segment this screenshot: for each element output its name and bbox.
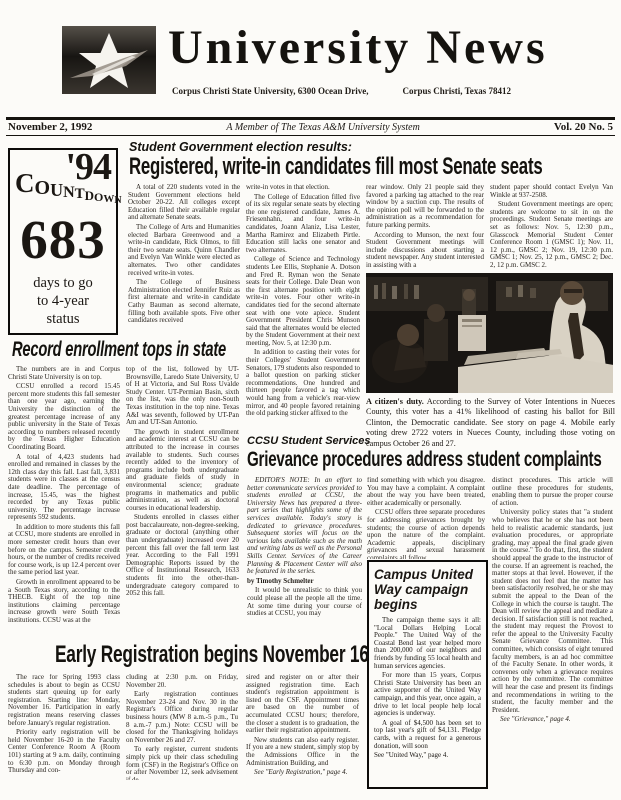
newspaper-front-page: University News Corpus Christi State Uni… xyxy=(0,0,621,800)
address-right: Corpus Christi, Texas 78412 xyxy=(402,87,511,96)
paragraph: The campaign theme says it all: "Local D… xyxy=(374,617,481,670)
earlyreg-column-2: cluding at 2:30 p.m. on Friday, November… xyxy=(126,674,238,780)
earlyreg-jump-line: See "Early Registration," page 4. xyxy=(246,769,359,777)
paragraph: Students enrolled in classes either post… xyxy=(126,514,239,598)
address-left: Corpus Christi State University, 6300 Oc… xyxy=(172,87,368,96)
letter: T xyxy=(75,186,85,202)
election-kicker: Student Government election results: xyxy=(129,141,352,154)
united-way-body: The campaign theme says it all: "Local D… xyxy=(374,617,481,750)
united-way-headline: Campus United Way campaign begins xyxy=(374,567,481,612)
paragraph: According to Munson, the next four Stude… xyxy=(366,232,484,270)
paragraph: To early register, current students simp… xyxy=(126,746,238,780)
grievance-headline: Grievance procedures address student com… xyxy=(247,448,602,472)
paragraph: distinct procedures. This article will o… xyxy=(492,477,613,507)
united-way-box: Campus United Way campaign begins The ca… xyxy=(367,560,488,789)
paragraph: A total of 220 students voted in the Stu… xyxy=(128,184,240,222)
paragraph: Priority early registration will be held… xyxy=(8,729,120,775)
paragraph: A goal of $4,500 has been set to top las… xyxy=(374,720,481,750)
earlyreg-column-3-body: sired and register on or after their ass… xyxy=(246,674,359,767)
paragraph: Student Government meetings are open; st… xyxy=(490,201,613,269)
grievance-column-3: distinct procedures. This article will o… xyxy=(492,477,613,792)
grievance-column-2: find something with which you disagree. … xyxy=(367,477,485,559)
paragraph: In addition to casting their votes for t… xyxy=(246,349,360,417)
grievance-column-1-body: It would be unrealistic to think you cou… xyxy=(247,587,362,617)
letter: W xyxy=(103,193,114,205)
countdown-word: COUNTDOWN xyxy=(15,168,122,199)
paragraph: The growth in student enrollment and aca… xyxy=(126,429,239,513)
letter: U xyxy=(50,180,63,200)
paragraph: New students can also early register. If… xyxy=(246,737,359,767)
grievance-kicker: CCSU Student Services xyxy=(247,436,370,447)
paragraph: A total of 4,423 students had enrolled a… xyxy=(8,454,120,522)
election-column-4: student paper should contact Evelyn Van … xyxy=(490,184,613,270)
grievance-column-3-body: distinct procedures. This article will o… xyxy=(492,477,613,714)
paragraph: The College of Education filled five of … xyxy=(246,194,360,255)
paragraph: rear window. Only 21 people said they fa… xyxy=(366,184,484,230)
paragraph: student paper should contact Evelyn Van … xyxy=(490,184,613,199)
countdown-caption-line: to 4-year xyxy=(10,292,116,310)
paragraph: The College of Arts and Humanities elect… xyxy=(128,224,240,277)
election-column-2: write-in votes in that election.The Coll… xyxy=(246,184,360,434)
enrollment-headline: Record enrollment tops in state xyxy=(12,338,226,362)
paragraph: The race for Spring 1993 class schedules… xyxy=(8,674,120,727)
polling-place-photo xyxy=(366,273,613,393)
paragraph: College of Science and Technology studen… xyxy=(246,256,360,347)
enrollment-column-2: top of the list, followed by UT-Brownsvi… xyxy=(126,366,239,614)
paragraph: EDITOR'S NOTE: In an effort to better co… xyxy=(247,477,362,576)
letter: O xyxy=(35,177,51,199)
editors-note: EDITOR'S NOTE: In an effort to better co… xyxy=(247,477,362,576)
earlyreg-column-3: sired and register on or after their ass… xyxy=(246,674,359,780)
dateline-bar: November 2, 1992 A Member of The Texas A… xyxy=(6,117,615,136)
paragraph: The numbers are in and Corpus Christi St… xyxy=(8,366,120,381)
caption-lead: A citizen's duty. xyxy=(366,397,424,406)
countdown-box: '94 COUNTDOWN 683 days to go to 4-year s… xyxy=(8,148,118,335)
letter: N xyxy=(63,184,75,201)
paragraph: sired and register on or after their ass… xyxy=(246,674,359,735)
star-logo xyxy=(62,26,156,94)
earlyreg-headline: Early Registration begins November 16 xyxy=(55,641,369,669)
star-logo-graphic xyxy=(62,26,156,94)
paragraph: top of the list, followed by UT-Brownsvi… xyxy=(126,366,239,427)
paragraph: CCSU offers three separate procedures fo… xyxy=(367,509,485,559)
election-headline: Registered, write-in candidates fill mos… xyxy=(129,153,542,181)
paragraph: CCSU enrolled a record 15.45 percent mor… xyxy=(8,383,120,451)
letter: C xyxy=(15,168,35,198)
paragraph: find something with which you disagree. … xyxy=(367,477,485,507)
united-way-jump-line: See "United Way," page 4. xyxy=(374,752,481,760)
byline: by Timothy Schmelter xyxy=(247,578,362,586)
earlyreg-column-1: The race for Spring 1993 class schedules… xyxy=(8,674,120,780)
countdown-caption: days to go to 4-year status xyxy=(10,274,116,328)
letter: N xyxy=(114,195,121,206)
address-line: Corpus Christi State University, 6300 Oc… xyxy=(172,87,612,96)
letter: O xyxy=(94,190,103,204)
election-column-1: A total of 220 students voted in the Stu… xyxy=(128,184,240,334)
grievance-jump-line: See "Grievance," page 4. xyxy=(492,716,613,724)
paper-title: University News xyxy=(168,24,614,72)
countdown-number: 683 xyxy=(10,212,116,267)
grievance-column-1: EDITOR'S NOTE: In an effort to better co… xyxy=(247,477,362,637)
election-column-3: rear window. Only 21 people said they fa… xyxy=(366,184,484,270)
countdown-caption-line: days to go xyxy=(10,274,116,292)
paragraph: For more than 15 years, Corpus Christi S… xyxy=(374,672,481,718)
enrollment-column-1: The numbers are in and Corpus Christi St… xyxy=(8,366,120,638)
letter: D xyxy=(85,188,94,203)
paragraph: The College of Business Administration e… xyxy=(128,279,240,325)
paragraph: In addition to more students this fall a… xyxy=(8,524,120,577)
issue-date: November 2, 1992 xyxy=(8,122,92,133)
paragraph: cluding at 2:30 p.m. on Friday, November… xyxy=(126,674,238,689)
countdown-caption-line: status xyxy=(10,310,116,328)
paragraph: It would be unrealistic to think you cou… xyxy=(247,587,362,617)
paragraph: Growth in enrollment appeared to be a So… xyxy=(8,579,120,625)
paragraph: write-in votes in that election. xyxy=(246,184,360,192)
paragraph: Early registration continues November 23… xyxy=(126,691,238,744)
volume-number: Vol. 20 No. 5 xyxy=(554,122,613,133)
photo-caption: A citizen's duty. According to the Surve… xyxy=(366,397,615,452)
paragraph: University policy states that "a student… xyxy=(492,509,613,714)
election-photo xyxy=(366,273,613,393)
affiliation: A Member of The Texas A&M University Sys… xyxy=(226,123,419,133)
